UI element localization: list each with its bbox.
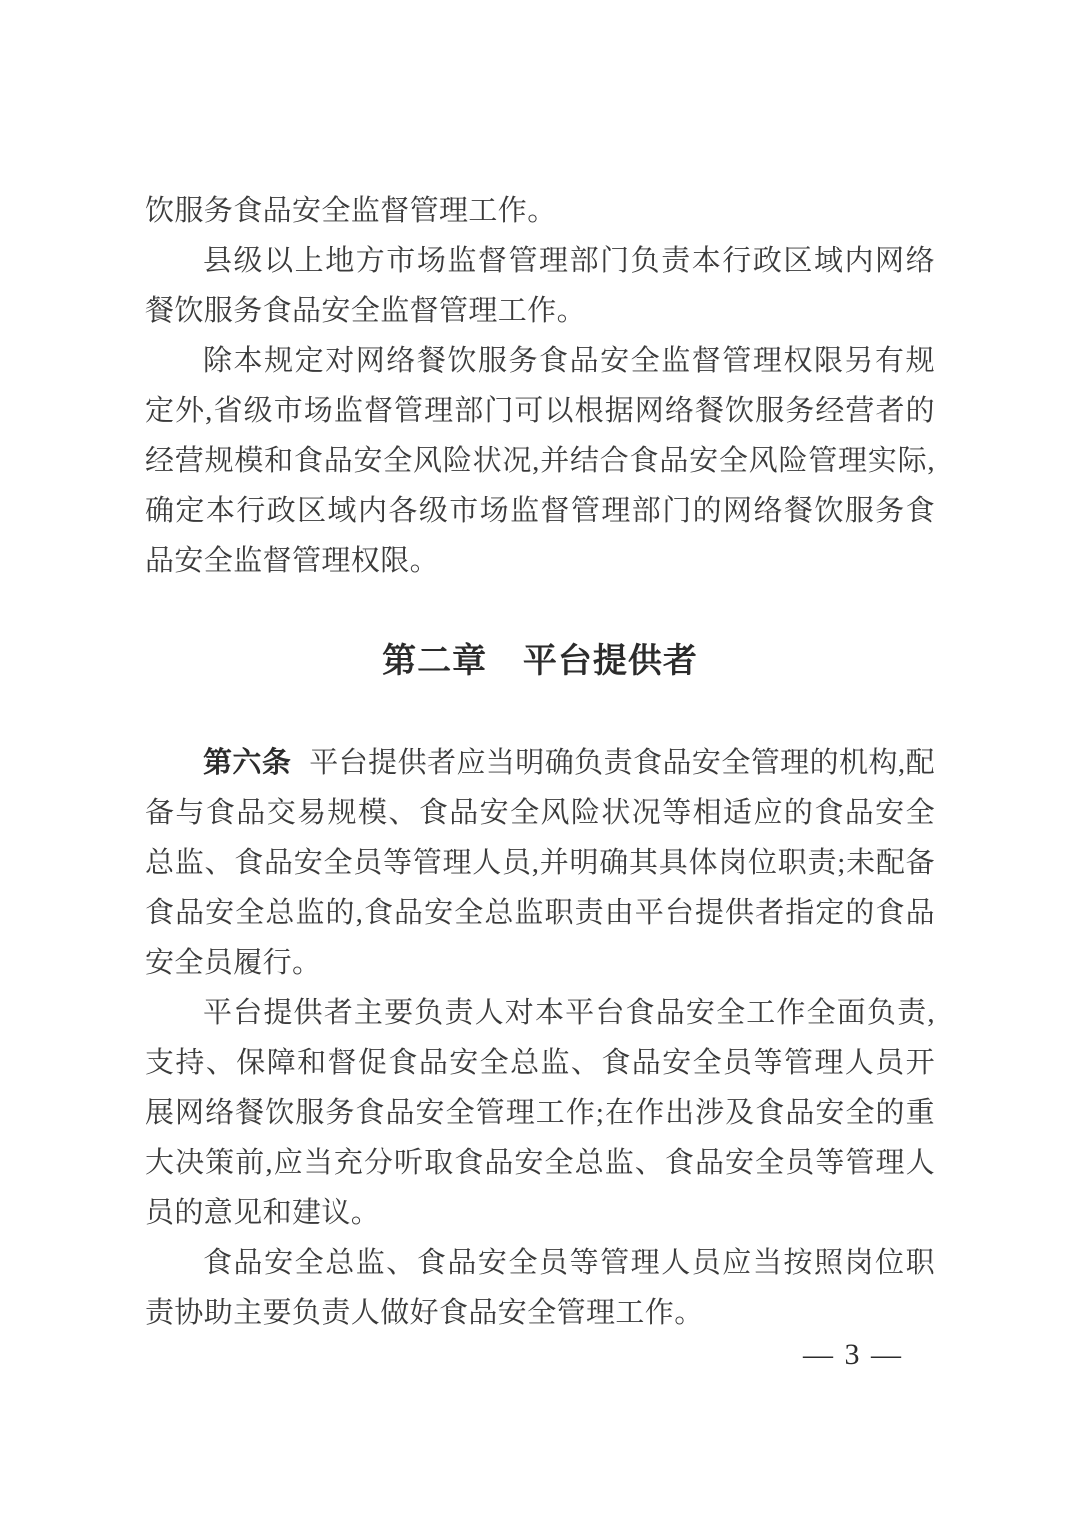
- document-page: 饮服务食品安全监督管理工作。 县级以上地方市场监督管理部门负责本行政区域内网络餐…: [145, 186, 935, 1338]
- paragraph-continuation: 饮服务食品安全监督管理工作。: [145, 186, 935, 236]
- paragraph: 除本规定对网络餐饮服务食品安全监督管理权限另有规定外,省级市场监督管理部门可以根…: [145, 336, 935, 586]
- chapter-title: 平台提供者: [523, 643, 698, 680]
- section-paragraph-block: 第六条平台提供者应当明确负责食品安全管理的机构,配备与食品交易规模、食品安全风险…: [145, 738, 935, 1338]
- article-text: 平台提供者应当明确负责食品安全管理的机构,配备与食品交易规模、食品安全风险状况等…: [145, 747, 935, 979]
- paragraph: 食品安全总监、食品安全员等管理人员应当按照岗位职责协助主要负责人做好食品安全管理…: [145, 1238, 935, 1338]
- chapter-heading: 第二章平台提供者: [145, 630, 935, 694]
- paragraph: 平台提供者主要负责人对本平台食品安全工作全面负责,支持、保障和督促食品安全总监、…: [145, 988, 935, 1238]
- page-number: — 3 —: [803, 1338, 903, 1372]
- top-paragraph-block: 饮服务食品安全监督管理工作。 县级以上地方市场监督管理部门负责本行政区域内网络餐…: [145, 186, 935, 586]
- chapter-number: 第二章: [382, 643, 487, 680]
- paragraph: 县级以上地方市场监督管理部门负责本行政区域内网络餐饮服务食品安全监督管理工作。: [145, 236, 935, 336]
- article-number-label: 第六条: [203, 747, 291, 779]
- paragraph-article-6: 第六条平台提供者应当明确负责食品安全管理的机构,配备与食品交易规模、食品安全风险…: [145, 738, 935, 988]
